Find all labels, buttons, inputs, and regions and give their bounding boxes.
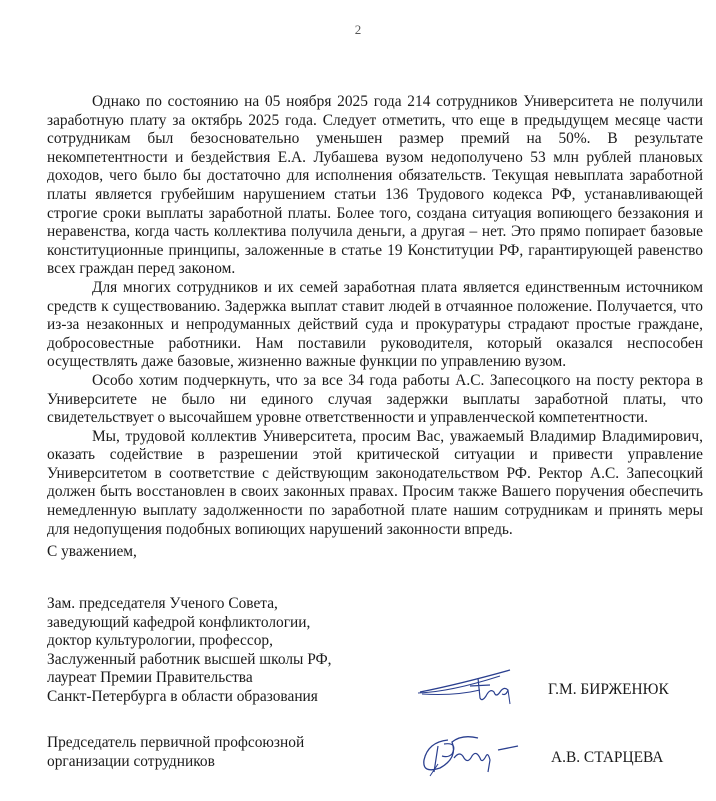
paragraph: Однако по состоянию на 05 ноября 2025 го… <box>47 93 703 279</box>
signatory-1-name: Г.М. БИРЖЕНЮК <box>548 681 669 699</box>
title-line: организации сотрудников <box>47 753 304 772</box>
paragraph: Особо хотим подчеркнуть, что за все 34 г… <box>47 372 703 428</box>
title-line: Председатель первичной профсоюзной <box>47 734 304 753</box>
signatory-1-title: Зам. председателя Ученого Совета, заведу… <box>47 595 332 706</box>
page-number: 2 <box>0 22 716 38</box>
signatory-2-title: Председатель первичной профсоюзной орган… <box>47 734 304 771</box>
paragraph: Мы, трудовой коллектив Университета, про… <box>47 428 703 540</box>
closing-salutation: С уважением, <box>47 543 137 561</box>
signatory-2-name: А.В. СТАРЦЕВА <box>551 749 663 767</box>
title-line: Зам. председателя Ученого Совета, <box>47 595 332 614</box>
title-line: Заслуженный работник высшей школы РФ, <box>47 651 332 670</box>
title-line: лауреат Премии Правительства <box>47 669 332 688</box>
title-line: Санкт-Петербурга в области образования <box>47 688 332 707</box>
signature-1-icon <box>410 662 540 707</box>
title-line: заведующий кафедрой конфликтологии, <box>47 614 332 633</box>
paragraph: Для многих сотрудников и их семей зарабо… <box>47 279 703 372</box>
title-line: доктор культурологии, профессор, <box>47 632 332 651</box>
signature-2-icon <box>418 728 528 783</box>
letter-body: Однако по состоянию на 05 ноября 2025 го… <box>47 93 703 539</box>
